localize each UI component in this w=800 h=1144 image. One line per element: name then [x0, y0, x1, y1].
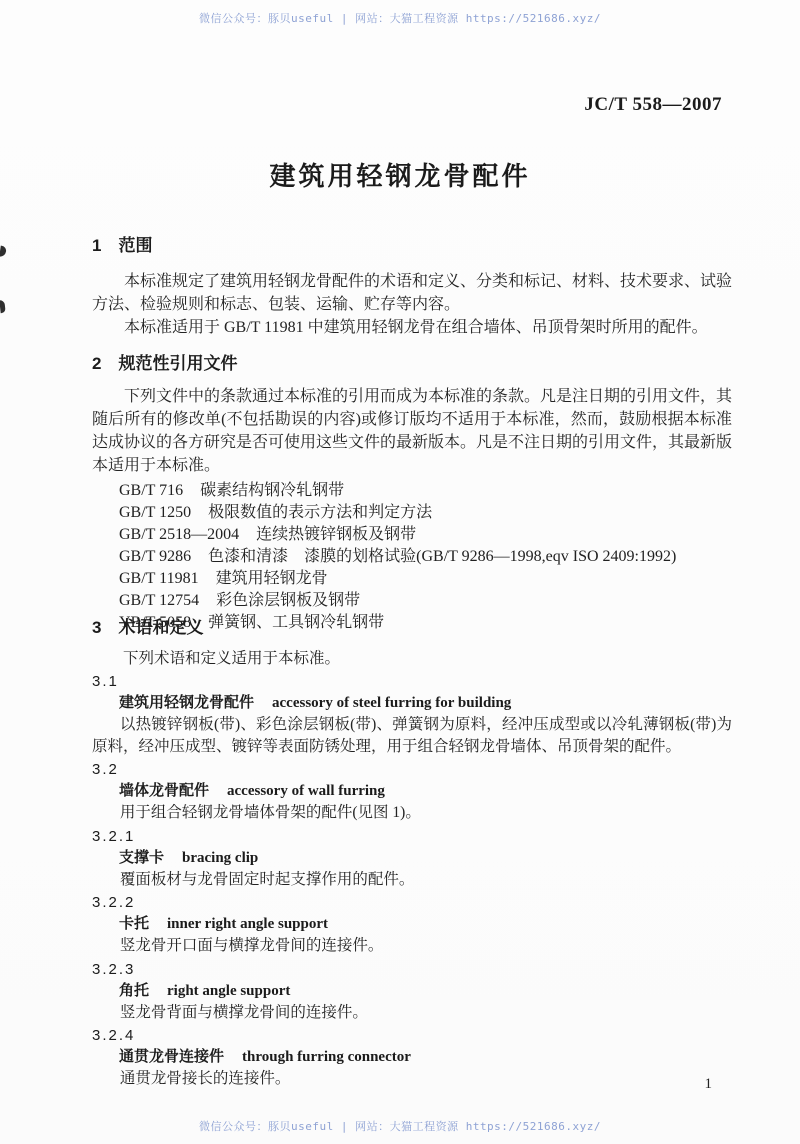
term-english: accessory of steel furring for building	[272, 695, 511, 711]
term-title-line: 墙体龙骨配件accessory of wall furring	[92, 780, 732, 802]
section-3-title: 术语和定义	[118, 618, 203, 637]
term-english: right angle support	[167, 983, 290, 999]
term-english: inner right angle support	[167, 916, 328, 932]
term-definition: 通贯龙骨接长的连接件。	[92, 1068, 732, 1090]
term-title-line: 支撑卡bracing clip	[92, 847, 732, 869]
scanned-page: 微信公众号：豚贝useful | 网站：大猫工程资源 https://52168…	[0, 0, 800, 1144]
term-number: 3.2.3	[92, 959, 732, 980]
scan-artifact	[0, 246, 7, 258]
section-scope: 1范围 本标准规定了建筑用轻钢龙骨配件的术语和定义、分类和标记、材料、技术要求、…	[92, 236, 732, 339]
term-entry: 3.2.3 角托right angle support 竖龙骨背面与横撑龙骨间的…	[92, 959, 732, 1024]
reference-title: 色漆和清漆 漆膜的划格试验(GB/T 9286—1998,eqv ISO 240…	[208, 548, 676, 565]
reference-item: GB/T 716碳素结构钢冷轧钢带	[92, 480, 732, 502]
term-definition: 竖龙骨背面与横撑龙骨间的连接件。	[92, 1002, 732, 1024]
term-definition: 竖龙骨开口面与横撑龙骨间的连接件。	[92, 935, 732, 957]
term-definition: 覆面板材与龙骨固定时起支撑作用的配件。	[92, 869, 732, 891]
term-chinese: 墙体龙骨配件	[119, 782, 209, 799]
section-3-number: 3	[92, 618, 102, 638]
watermark-bottom: 微信公众号：豚贝useful | 网站：大猫工程资源 https://52168…	[0, 1118, 800, 1134]
standard-number: JC/T 558—2007	[584, 94, 722, 116]
term-chinese: 建筑用轻钢龙骨配件	[119, 694, 254, 711]
reference-code: GB/T 1250	[119, 504, 191, 521]
term-title-line: 角托right angle support	[92, 980, 732, 1002]
term-entry: 3.2.1 支撑卡bracing clip 覆面板材与龙骨固定时起支撑作用的配件…	[92, 826, 732, 891]
term-title-line: 建筑用轻钢龙骨配件accessory of steel furring for …	[92, 692, 732, 714]
term-chinese: 支撑卡	[119, 849, 164, 866]
scan-artifact	[0, 300, 6, 313]
term-chinese: 通贯龙骨连接件	[119, 1048, 224, 1065]
term-entry: 3.1 建筑用轻钢龙骨配件accessory of steel furring …	[92, 671, 732, 757]
term-entry: 3.2 墙体龙骨配件accessory of wall furring 用于组合…	[92, 759, 732, 824]
term-chinese: 卡托	[119, 915, 149, 932]
term-entry: 3.2.2 卡托inner right angle support 竖龙骨开口面…	[92, 892, 732, 957]
reference-code: GB/T 716	[119, 482, 183, 499]
term-definition: 用于组合轻钢龙骨墙体骨架的配件(见图 1)。	[92, 802, 732, 824]
section-1-number: 1	[92, 236, 102, 256]
term-entry: 3.2.4 通贯龙骨连接件through furring connector 通…	[92, 1025, 732, 1090]
watermark-top: 微信公众号：豚贝useful | 网站：大猫工程资源 https://52168…	[0, 10, 800, 26]
scope-paragraph-2: 本标准适用于 GB/T 11981 中建筑用轻钢龙骨在组合墙体、吊顶骨架时所用的…	[92, 316, 732, 339]
term-english: through furring connector	[242, 1049, 411, 1065]
section-3-heading: 3术语和定义	[92, 618, 732, 638]
section-normative-references: 2规范性引用文件 下列文件中的条款通过本标准的引用而成为本标准的条款。凡是注日期…	[92, 354, 732, 634]
term-chinese: 角托	[119, 982, 149, 999]
term-number: 3.1	[92, 671, 732, 692]
document-title: 建筑用轻钢龙骨配件	[0, 156, 800, 193]
reference-item: GB/T 2518—2004连续热镀锌钢板及钢带	[92, 524, 732, 546]
term-english: bracing clip	[182, 850, 258, 866]
term-number: 3.2	[92, 759, 732, 780]
reference-title: 碳素结构钢冷轧钢带	[200, 482, 344, 499]
reference-item: GB/T 11981建筑用轻钢龙骨	[92, 568, 732, 590]
term-number: 3.2.2	[92, 892, 732, 913]
term-english: accessory of wall furring	[227, 783, 385, 799]
references-intro-paragraph: 下列文件中的条款通过本标准的引用而成为本标准的条款。凡是注日期的引用文件，其随后…	[92, 385, 732, 477]
reference-title: 彩色涂层钢板及钢带	[216, 592, 360, 609]
reference-item: GB/T 12754彩色涂层钢板及钢带	[92, 590, 732, 612]
terms-intro: 下列术语和定义适用于本标准。	[92, 648, 732, 670]
reference-code: GB/T 11981	[119, 570, 199, 587]
section-1-heading: 1范围	[92, 236, 732, 256]
reference-list: GB/T 716碳素结构钢冷轧钢带 GB/T 1250极限数值的表示方法和判定方…	[92, 480, 732, 634]
page-number: 1	[705, 1076, 713, 1093]
reference-code: GB/T 9286	[119, 548, 191, 565]
reference-code: GB/T 12754	[119, 592, 199, 609]
section-2-title: 规范性引用文件	[118, 354, 237, 373]
term-title-line: 通贯龙骨连接件through furring connector	[92, 1046, 732, 1068]
section-2-number: 2	[92, 354, 102, 374]
section-1-title: 范围	[118, 236, 152, 255]
reference-title: 连续热镀锌钢板及钢带	[256, 526, 416, 543]
reference-title: 极限数值的表示方法和判定方法	[208, 504, 432, 521]
section-terms-definitions: 3术语和定义 下列术语和定义适用于本标准。 3.1 建筑用轻钢龙骨配件acces…	[92, 618, 732, 1092]
reference-item: GB/T 9286色漆和清漆 漆膜的划格试验(GB/T 9286—1998,eq…	[92, 546, 732, 568]
reference-title: 建筑用轻钢龙骨	[216, 570, 328, 587]
term-title-line: 卡托inner right angle support	[92, 913, 732, 935]
term-number: 3.2.4	[92, 1025, 732, 1046]
term-number: 3.2.1	[92, 826, 732, 847]
section-2-heading: 2规范性引用文件	[92, 354, 732, 374]
term-definition: 以热镀锌钢板(带)、彩色涂层钢板(带)、弹簧钢为原料，经冲压成型或以冷轧薄钢板(…	[92, 714, 732, 757]
scope-paragraph-1: 本标准规定了建筑用轻钢龙骨配件的术语和定义、分类和标记、材料、技术要求、试验方法…	[92, 270, 732, 316]
reference-code: GB/T 2518—2004	[119, 526, 239, 543]
reference-item: GB/T 1250极限数值的表示方法和判定方法	[92, 502, 732, 524]
